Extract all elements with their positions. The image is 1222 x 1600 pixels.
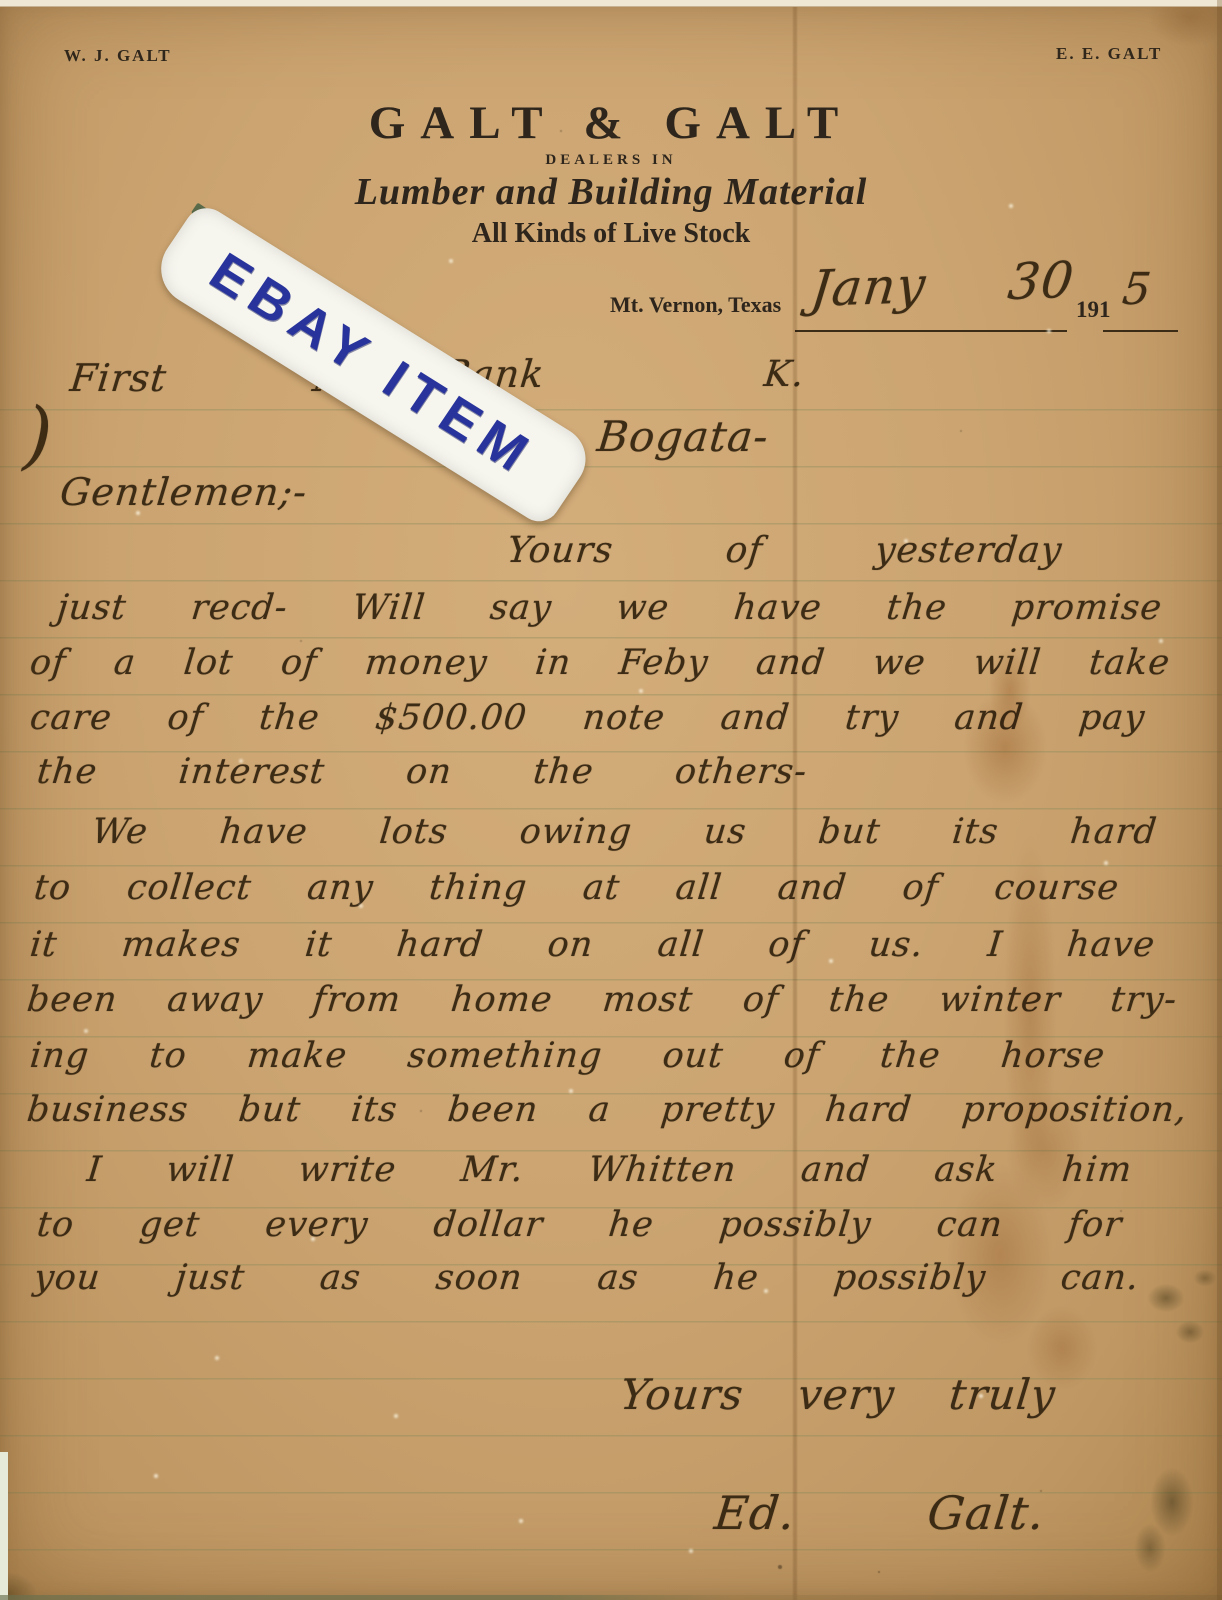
letterhead-owner-left: W. J. GALT	[64, 46, 172, 66]
printed-year-prefix: 191	[1076, 297, 1111, 323]
body-line: business but its been a pretty hard prop…	[25, 1090, 1189, 1130]
recipient-name-part3: K.	[762, 354, 807, 395]
stray-pen-mark: )	[22, 392, 55, 478]
body-line: ing to make something out of the horse	[28, 1036, 1107, 1076]
body-line: you just as soon as he possibly can.	[32, 1258, 1141, 1298]
handwritten-year-suffix: 5	[1120, 264, 1154, 315]
date-underline-long	[795, 330, 1067, 332]
letter-scan: W. J. GALT E. E. GALT GALT & GALT DEALER…	[0, 0, 1222, 1600]
scan-edge-bottom	[0, 1595, 1222, 1600]
salutation: Gentlemen;-	[58, 470, 309, 514]
body-line: to get every dollar he possibly can for	[35, 1205, 1124, 1245]
handwritten-date: Jany 30	[808, 251, 1077, 318]
letterhead-owner-right: E. E. GALT	[1056, 44, 1162, 64]
body-line: I will write Mr. Whitten and ask him	[85, 1150, 1134, 1190]
date-underline-short	[1103, 330, 1178, 332]
body-line: to collect any thing at all and of cours…	[32, 868, 1121, 908]
scan-edge-top	[0, 0, 1222, 7]
body-line: just recd- Will say we have the promise	[55, 588, 1164, 628]
body-opening-line: Yours of yesterday	[505, 530, 1064, 571]
body-line: We have lots owing us but its hard	[90, 812, 1159, 852]
signature: Ed. Galt.	[712, 1486, 1048, 1540]
body-line: the interest on the others-	[35, 752, 809, 792]
body-line: care of the $500.00 note and try and pay	[28, 698, 1147, 738]
scan-edge-left	[0, 1452, 8, 1600]
scan-edge-right	[1217, 0, 1222, 1600]
city-line: Mt. Vernon, Texas	[610, 292, 781, 318]
company-tagline: DEALERS IN	[0, 152, 1222, 169]
body-line: it makes it hard on all of us. I have	[28, 925, 1157, 965]
closing-line: Yours very truly	[618, 1370, 1058, 1419]
company-name: GALT & GALT	[0, 96, 1222, 150]
recipient-city: Bogata-	[595, 412, 771, 461]
business-line: Lumber and Building Material	[0, 170, 1222, 214]
body-line: of a lot of money in Feby and we will ta…	[28, 643, 1172, 683]
body-line: been away from home most of the winter t…	[25, 980, 1179, 1020]
